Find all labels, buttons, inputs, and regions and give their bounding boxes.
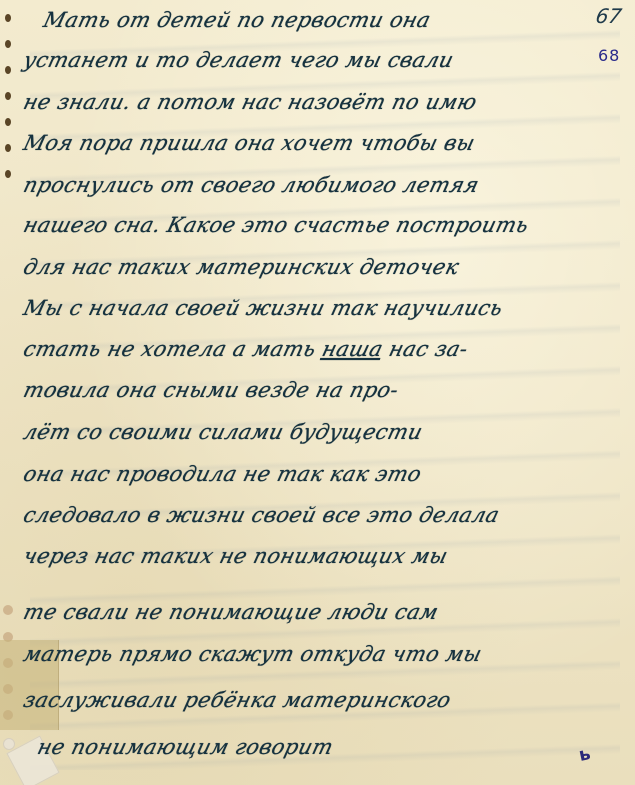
binding-hole xyxy=(3,605,13,615)
binding-hole xyxy=(5,14,11,22)
binding-hole xyxy=(5,118,11,126)
text-line-before-underline: стать не хотела а мать xyxy=(21,337,326,361)
text-line-with-underline: стать не хотела а мать наша нас за- xyxy=(21,337,470,361)
text-line: нашего сна. Какое это счастье построить xyxy=(21,213,531,237)
text-line: те свали не понимающие люди сам xyxy=(21,600,441,624)
binding-hole xyxy=(5,40,11,48)
text-line: не понимающим говорит xyxy=(35,735,336,759)
text-line: Мы с начала своей жизни так научились xyxy=(21,296,505,320)
binding-hole xyxy=(3,738,15,750)
manuscript-page: 67 68 Мать от детей по первости она уста… xyxy=(0,0,635,785)
text-line: через нас таких не понимающих мы xyxy=(21,544,450,568)
text-line: лёт со своими силами будущести xyxy=(21,420,425,444)
text-line: следовало в жизни своей все это делала xyxy=(21,503,502,527)
text-line: устанет и то делает чего мы свали xyxy=(21,48,456,72)
text-line: товила она сными везде на про- xyxy=(21,378,401,402)
text-line: она нас проводила не так как это xyxy=(21,462,424,486)
text-line: матерь прямо скажут откуда что мы xyxy=(21,642,484,666)
text-line: заслуживали ребёнка материнского xyxy=(21,688,454,712)
text-line: Мать от детей по первости она xyxy=(41,8,433,32)
text-line: не знали. а потом нас назовёт по имю xyxy=(21,90,480,114)
text-line: для нас таких материнских деточек xyxy=(21,255,462,279)
page-number-archival: 68 xyxy=(598,46,620,65)
binding-hole xyxy=(5,66,11,74)
corner-mark: ь xyxy=(577,743,593,766)
page-number-original: 67 xyxy=(594,4,624,28)
text-line: Моя пора пришла она хочет чтобы вы xyxy=(21,131,477,155)
binding-hole xyxy=(5,144,11,152)
binding-hole xyxy=(5,170,11,178)
text-line-after-underline: нас за- xyxy=(380,337,471,361)
text-line: проснулись от своего любимого летяя xyxy=(21,173,482,197)
binding-hole xyxy=(5,92,11,100)
underlined-word: наша xyxy=(320,337,386,361)
